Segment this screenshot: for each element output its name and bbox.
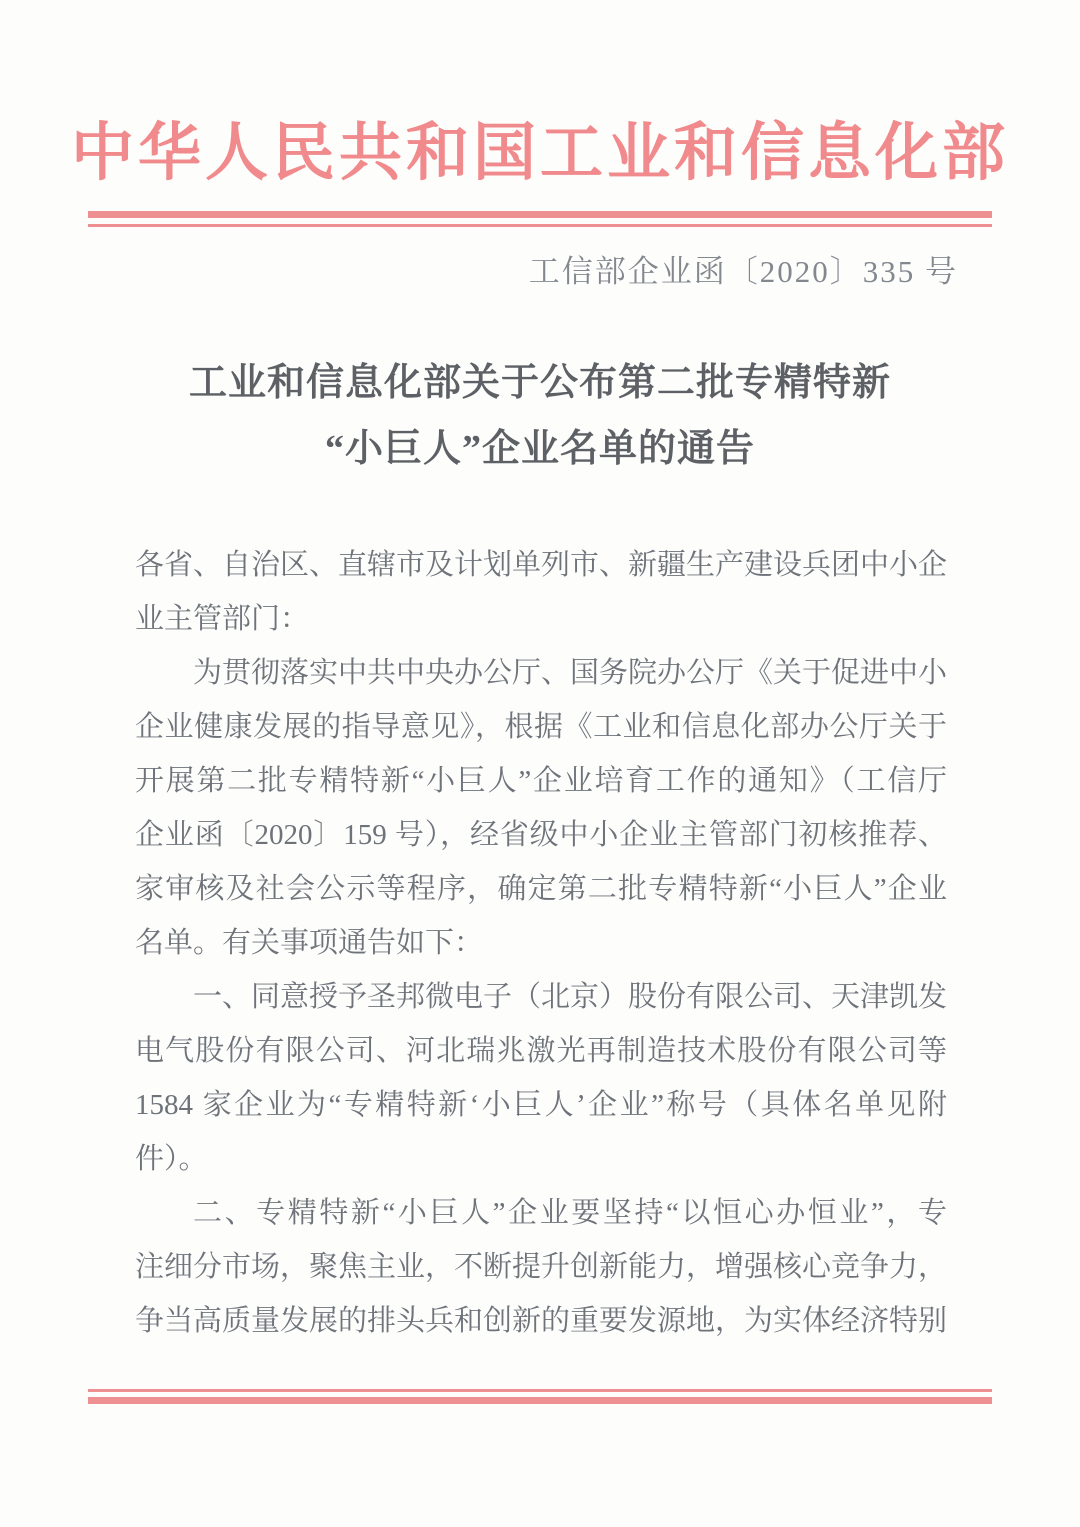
body-line: 各省、自治区、直辖市及计划单列市、新疆生产建设兵团中小企 [135, 538, 947, 592]
body-line: 企业函〔2020〕159 号），经省级中小企业主管部门初核推荐、专 [135, 808, 947, 862]
body-line: 件）。 [135, 1132, 947, 1186]
body-line: 业主管部门： [135, 592, 947, 646]
document-title-line1: 工业和信息化部关于公布第二批专精特新 [0, 350, 1080, 416]
letterhead-title: 中华人民共和国工业和信息化部 [0, 102, 1080, 193]
body-line: 注细分市场，聚焦主业，不断提升创新能力，增强核心竞争力， [135, 1240, 947, 1294]
body-line: 企业健康发展的指导意见》，根据《工业和信息化部办公厅关于 [135, 700, 947, 754]
body-line: 为贯彻落实中共中央办公厅、国务院办公厅《关于促进中小 [135, 646, 947, 700]
body-line: 名单。有关事项通告如下： [135, 916, 947, 970]
divider-thick-line [88, 211, 992, 218]
document-title-line2: “小巨人”企业名单的通告 [0, 416, 1080, 482]
document-body: 各省、自治区、直辖市及计划单列市、新疆生产建设兵团中小企 业主管部门： 为贯彻落… [135, 538, 947, 1348]
divider-thin-line [88, 224, 992, 227]
body-line: 二、专精特新“小巨人”企业要坚持“以恒心办恒业”，专 [135, 1186, 947, 1240]
body-line: 家审核及社会公示等程序，确定第二批专精特新“小巨人”企业 [135, 862, 947, 916]
footer-thin-line [88, 1389, 992, 1392]
footer-thick-line [88, 1397, 992, 1404]
body-line: 争当高质量发展的排头兵和创新的重要发源地，为实体经济特别 [135, 1294, 947, 1348]
body-line: 电气股份有限公司、河北瑞兆激光再制造技术股份有限公司等 [135, 1024, 947, 1078]
document-number: 工信部企业函〔2020〕335 号 [529, 246, 958, 291]
document-title: 工业和信息化部关于公布第二批专精特新 “小巨人”企业名单的通告 [0, 350, 1080, 482]
footer-divider [88, 1389, 992, 1404]
body-line: 开展第二批专精特新“小巨人”企业培育工作的通知》（工信厅 [135, 754, 947, 808]
letterhead-divider [88, 211, 992, 227]
body-line: 1584 家企业为“专精特新‘小巨人’企业”称号（具体名单见附 [135, 1078, 947, 1132]
document-page: 中华人民共和国工业和信息化部 工信部企业函〔2020〕335 号 工业和信息化部… [0, 0, 1080, 1527]
body-line: 一、同意授予圣邦微电子（北京）股份有限公司、天津凯发 [135, 970, 947, 1024]
